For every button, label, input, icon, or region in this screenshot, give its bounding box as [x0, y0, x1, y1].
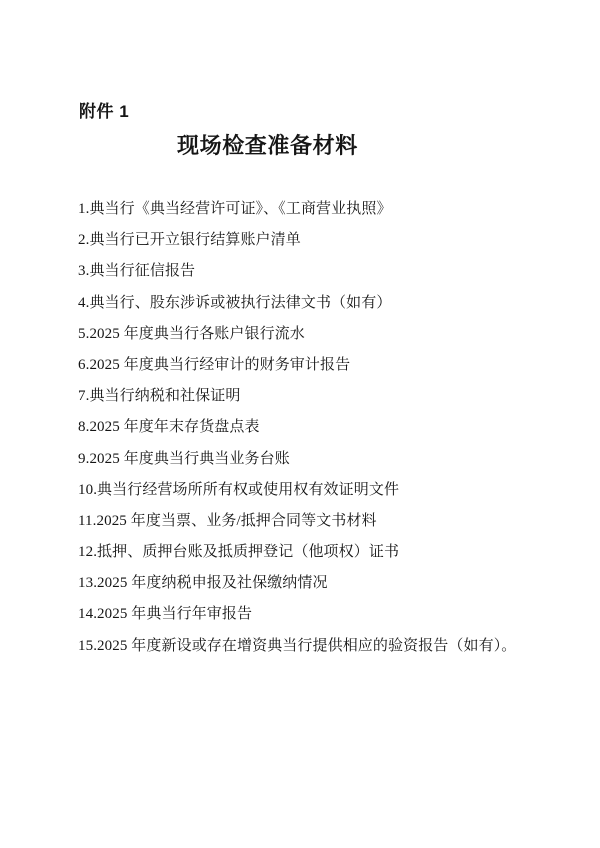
material-list-item: 11.2025 年度当票、业务/抵押合同等文书材料 [78, 506, 570, 537]
document-title: 现场检查准备材料 [177, 133, 358, 159]
material-list-item: 7.典当行纳税和社保证明 [78, 381, 570, 412]
material-list-item: 3.典当行征信报告 [78, 256, 570, 287]
material-list-item: 6.2025 年度典当行经审计的财务审计报告 [78, 350, 570, 381]
material-list-item: 2.典当行已开立银行结算账户清单 [78, 225, 570, 256]
material-list-item: 5.2025 年度典当行各账户银行流水 [78, 319, 570, 350]
document-page: 附件 1 现场检查准备材料 1.典当行《典当经营许可证》、《工商营业执照》2.典… [0, 0, 600, 848]
material-list-item: 12.抵押、质押台账及抵质押登记（他项权）证书 [78, 537, 570, 568]
material-list-item: 8.2025 年度年末存货盘点表 [78, 412, 570, 443]
material-list-item: 9.2025 年度典当行典当业务台账 [78, 444, 570, 475]
material-list-item: 15.2025 年度新设或存在增资典当行提供相应的验资报告（如有）。 [78, 631, 570, 662]
material-list-item: 14.2025 年典当行年审报告 [78, 599, 570, 630]
material-list-item: 1.典当行《典当经营许可证》、《工商营业执照》 [78, 194, 570, 225]
attachment-label: 附件 1 [79, 101, 129, 123]
material-list-item: 10.典当行经营场所所有权或使用权有效证明文件 [78, 475, 570, 506]
material-list-item: 13.2025 年度纳税申报及社保缴纳情况 [78, 568, 570, 599]
material-list-item: 4.典当行、股东涉诉或被执行法律文书（如有） [78, 288, 570, 319]
material-list: 1.典当行《典当经营许可证》、《工商营业执照》2.典当行已开立银行结算账户清单3… [78, 194, 570, 662]
